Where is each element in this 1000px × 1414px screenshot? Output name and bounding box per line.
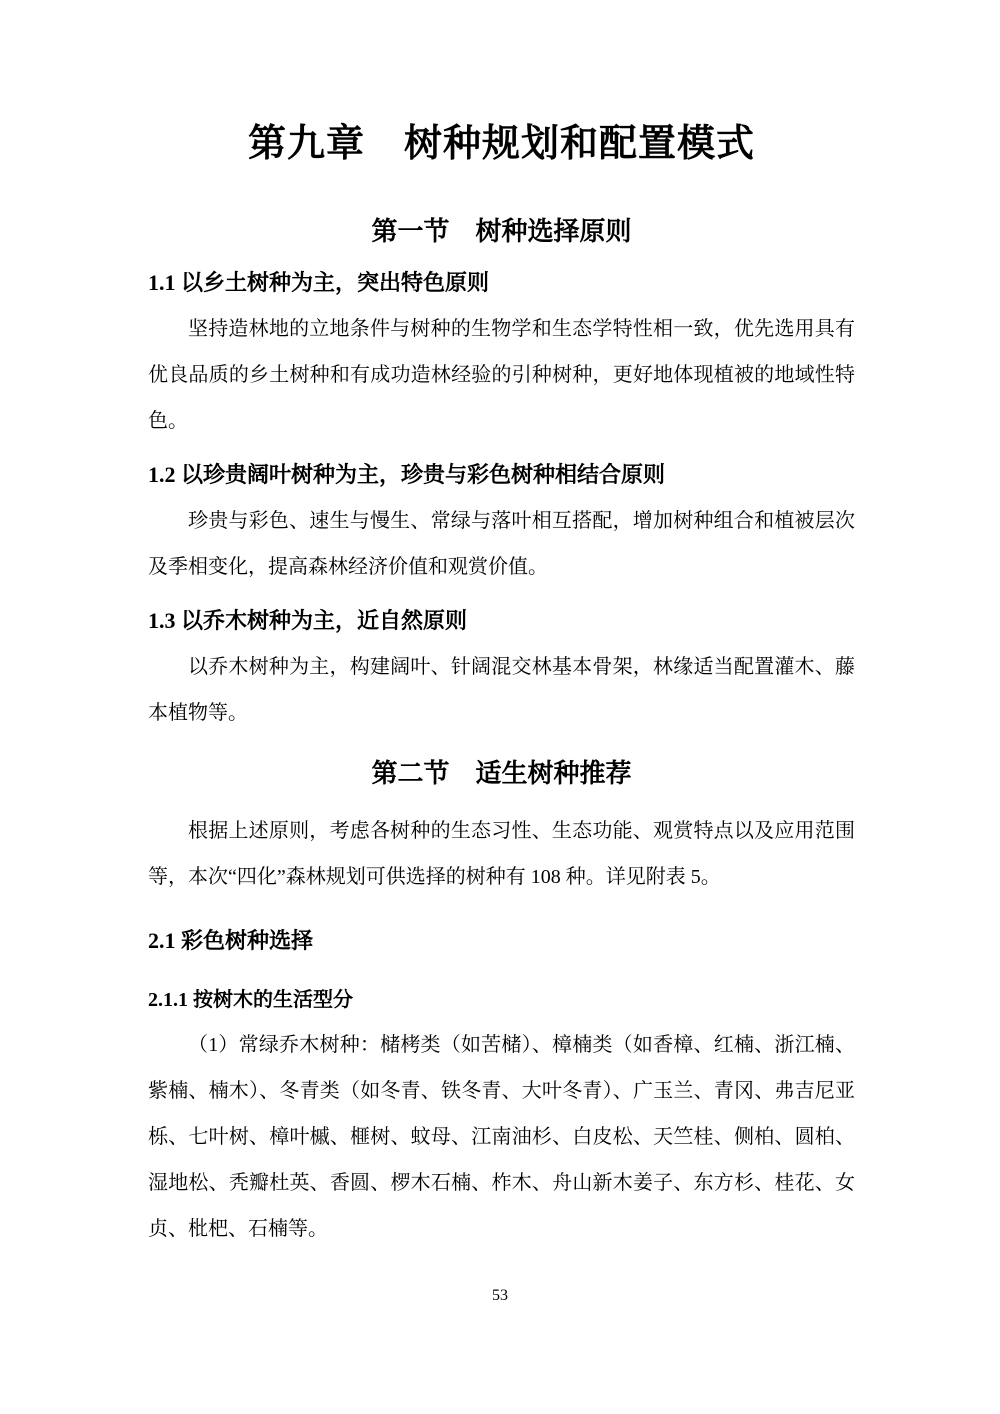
paragraph-2-intro: 根据上述原则，考虑各树种的生态习性、生态功能、观赏特点以及应用范围等，本次“四化… <box>148 808 855 900</box>
heading-2-1-1: 2.1.1 按树木的生活型分 <box>148 984 855 1016</box>
section-1-title: 第一节 树种选择原则 <box>148 212 855 252</box>
heading-1-2: 1.2 以珍贵阔叶树种为主，珍贵与彩色树种相结合原则 <box>148 458 855 492</box>
heading-1-3: 1.3 以乔木树种为主，近自然原则 <box>148 604 855 638</box>
heading-1-1: 1.1 以乡土树种为主，突出特色原则 <box>148 266 855 300</box>
page-number: 53 <box>0 1286 1000 1306</box>
paragraph-2-1-1: （1）常绿乔木树种：槠栲类（如苦槠）、樟楠类（如香樟、红楠、浙江楠、紫楠、楠木）… <box>148 1022 855 1252</box>
paragraph-1-3: 以乔木树种为主，构建阔叶、针阔混交林基本骨架，林缘适当配置灌木、藤本植物等。 <box>148 644 855 736</box>
heading-2-1: 2.1 彩色树种选择 <box>148 924 855 958</box>
document-page: 第九章 树种规划和配置模式 第一节 树种选择原则 1.1 以乡土树种为主，突出特… <box>0 0 1000 1414</box>
paragraph-1-1: 坚持造林地的立地条件与树种的生物学和生态学特性相一致，优先选用具有优良品质的乡土… <box>148 306 855 444</box>
chapter-title: 第九章 树种规划和配置模式 <box>148 116 855 172</box>
section-2-title: 第二节 适生树种推荐 <box>148 754 855 794</box>
paragraph-1-2: 珍贵与彩色、速生与慢生、常绿与落叶相互搭配，增加树种组合和植被层次及季相变化，提… <box>148 498 855 590</box>
